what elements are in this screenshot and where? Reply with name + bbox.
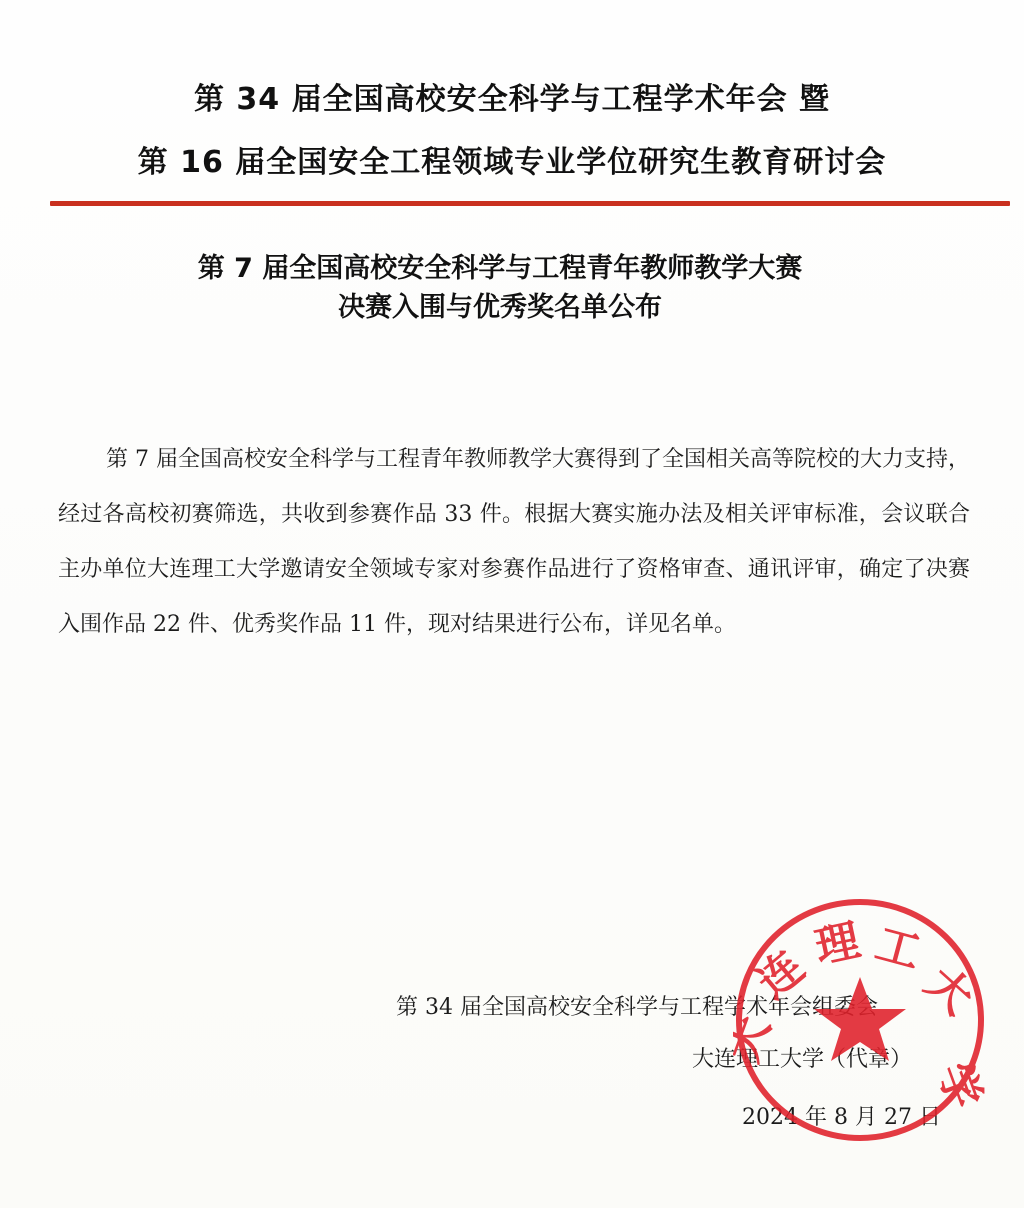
header-divider bbox=[50, 201, 1010, 206]
svg-text:工: 工 bbox=[870, 918, 926, 979]
header-line-2: 第 16 届全国安全工程领域专业学位研究生教育研讨会 bbox=[0, 137, 1024, 181]
svg-text:理: 理 bbox=[811, 915, 865, 974]
signature-organizer: 第 34 届全国高校安全科学与工程学术年会组委会 bbox=[396, 990, 878, 1021]
body-paragraph: 第 7 届全国高校安全科学与工程青年教师教学大赛得到了全国相关高等院校的大力支持… bbox=[58, 432, 970, 652]
notice-title-line-1: 第 7 届全国高校安全科学与工程青年教师教学大赛 bbox=[0, 246, 1000, 285]
header-line-1: 第 34 届全国高校安全科学与工程学术年会 暨 bbox=[0, 74, 1024, 118]
svg-text:大: 大 bbox=[916, 957, 983, 1024]
signature-date: 2024 年 8 月 27 日 bbox=[742, 1100, 941, 1131]
document-page: 第 34 届全国高校安全科学与工程学术年会 暨 第 16 届全国安全工程领域专业… bbox=[0, 0, 1024, 1208]
signature-university: 大连理工大学（代章） bbox=[692, 1042, 912, 1073]
notice-title-line-2: 决赛入围与优秀奖名单公布 bbox=[0, 285, 1000, 324]
